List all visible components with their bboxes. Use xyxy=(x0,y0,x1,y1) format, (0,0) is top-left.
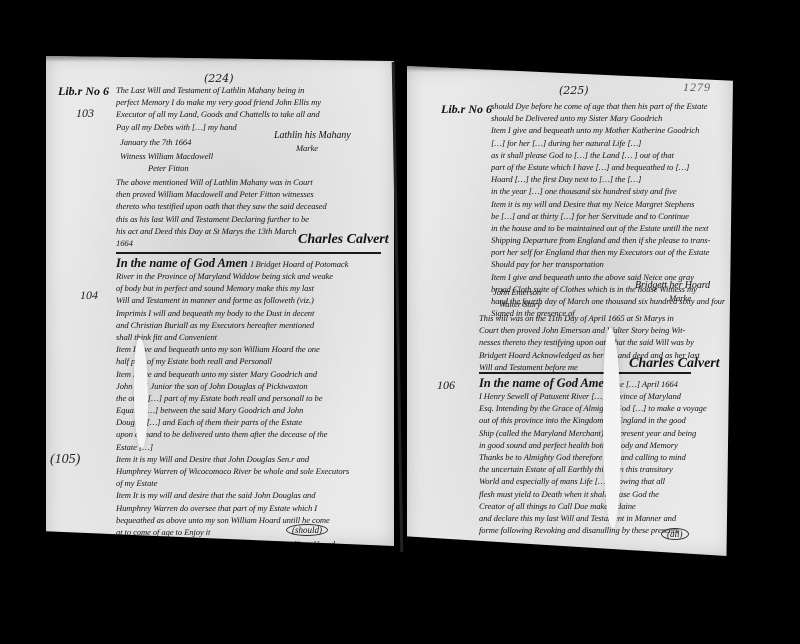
will-106-body: In the name of God Amen the […] April 16… xyxy=(479,376,707,536)
text-line: should Dye before he come of age that th… xyxy=(491,100,725,112)
page-top-edge xyxy=(407,66,733,72)
text-line: Ship (called the Maryland Merchant) this… xyxy=(479,427,707,439)
will-104-witnesses: John Emerson Walter Story xyxy=(493,286,541,310)
text-line: 1664 xyxy=(116,237,327,249)
text-line: Item I give and bequeath unto my Mother … xyxy=(491,124,725,136)
page-top-edge xyxy=(46,56,394,62)
left-manuscript-page: (224) Lib.r No 6 103 104 (105) The Last … xyxy=(46,56,394,546)
will-103-body: The Last Will and Testament of Lathlin M… xyxy=(116,84,321,133)
will-104-testator-signature: Bridgett her Hoard xyxy=(635,280,710,292)
text-line: World and especially of mans Life […] kn… xyxy=(479,475,707,487)
will-104-mark: Marke xyxy=(669,292,691,304)
text-line: part of the Estate which I have […] and … xyxy=(491,161,725,173)
text-line: Should pay for her transportation xyxy=(491,258,725,270)
text-line: upon demand to be delivered unto them af… xyxy=(116,428,349,440)
text-line: the uncertain Estate of all Earthly thin… xyxy=(479,463,707,475)
text-line: Hoard […] the first Day next to […] the … xyxy=(491,173,725,185)
text-line: Thanks be to Almighty God therefore […] … xyxy=(479,451,707,463)
liber-heading-right: Lib.r No 6 xyxy=(441,102,492,117)
witness-line: John Emerson xyxy=(493,286,541,298)
stamped-folio-number: 1279 xyxy=(683,80,711,95)
text-line: This will was on the 11th Day of April 1… xyxy=(479,312,700,324)
text-line: John […] Junior the son of John Douglas … xyxy=(116,380,349,392)
text-line: Item it is my Will and Desire that if th… xyxy=(116,538,349,546)
text-line: River in the Province of Maryland Widdow… xyxy=(116,270,349,282)
text-line: out of this province into the Kingdome o… xyxy=(479,414,707,426)
will-104-body: In the name of God Amen I Bridget Hoard … xyxy=(116,256,349,546)
will-103-testator-signature: Lathlin his Mahany xyxy=(274,130,351,142)
margin-number-103: 103 xyxy=(76,106,94,121)
text-line: flesh must yield to Death when it shall … xyxy=(479,488,707,500)
text-line: Douglas […] and Each of them their parts… xyxy=(116,416,349,428)
margin-number-106: 106 xyxy=(437,378,455,393)
text-line: this as his last Will and Testament Decl… xyxy=(116,213,327,225)
probate-103-body: The above mentioned Will of Lathlin Maha… xyxy=(116,176,327,249)
margin-number-105: (105) xyxy=(50,452,80,468)
text-line: should be Delivered unto my Sister Mary … xyxy=(491,112,725,124)
margin-number-104: 104 xyxy=(80,288,98,303)
text-line: Item I give and bequeath unto my sister … xyxy=(116,368,349,380)
text-line: port her self for England that then my E… xyxy=(491,246,725,258)
text-line: and declare this my last Will and Testam… xyxy=(479,512,707,524)
text-line: as it shall please God to […] the Land [… xyxy=(491,149,725,161)
text-line: Item it is my Will and Desire that John … xyxy=(116,453,349,465)
text-line: his act and Deed this Day at St Marys th… xyxy=(116,225,327,237)
probate-104-signature: Charles Calvert xyxy=(629,356,720,372)
will-103-date: January the 7th 1664 xyxy=(120,136,191,148)
text-line: Court then proved John Emerson and Walte… xyxy=(479,324,700,336)
text-line: Item it is my will and Desire that my Ne… xyxy=(491,198,725,210)
text-line: be […] and at thirty […] for her Servitu… xyxy=(491,210,725,222)
entry-divider-rule xyxy=(116,252,381,254)
text-line: […] for her […] during her natural Life … xyxy=(491,137,725,149)
text-line: Equally […] between the said Mary Goodri… xyxy=(116,404,349,416)
will-106-heading: In the name of God Amen the […] April 16… xyxy=(479,376,707,390)
catchword-left: (should) xyxy=(286,524,328,536)
text-line: Creator of all things to Call Doe make o… xyxy=(479,500,707,512)
will-103-witnesses: Witness William Macdowell Peter Fitton xyxy=(120,150,213,174)
text-line: Humphrey Warren of Wicocomoco River be w… xyxy=(116,465,349,477)
text-line: Item It is my will and desire that the s… xyxy=(116,489,349,501)
probate-103-signature: Charles Calvert xyxy=(298,232,389,248)
text-line: Shipping Departure from England and then… xyxy=(491,234,725,246)
page-number-right: (225) xyxy=(559,84,589,97)
text-line: of my Estate xyxy=(116,477,349,489)
witness-line: Peter Fitton xyxy=(120,162,213,174)
will-103-mark: Marke xyxy=(296,142,318,154)
right-manuscript-page: (225) 1279 Lib.r No 6 106 should Dye bef… xyxy=(407,66,733,556)
text-line: perfect Memory I do make my very good fr… xyxy=(116,96,321,108)
text-line: Executor of all my Land, Goods and Chatt… xyxy=(116,108,321,120)
text-line: Humphrey Warren do oversee that part of … xyxy=(116,502,349,514)
liber-heading-left: Lib.r No 6 xyxy=(58,84,109,99)
text-line: then proved William Macdowell and Peter … xyxy=(116,188,327,200)
scan-stage: (224) Lib.r No 6 103 104 (105) The Last … xyxy=(0,0,800,644)
witness-line: Walter Story xyxy=(493,298,541,310)
text-line: I Henry Sewell of Patuxent River […] Pro… xyxy=(479,390,707,402)
text-line: thereto who testified upon oath that the… xyxy=(116,200,327,212)
text-line: in the year […] one thousand six hundred… xyxy=(491,185,725,197)
text-line: in the house and to be maintained out of… xyxy=(491,222,725,234)
text-line: the other […] part of my Estate both rea… xyxy=(116,392,349,404)
entry-divider-rule xyxy=(479,372,691,374)
text-line: The above mentioned Will of Lathlin Maha… xyxy=(116,176,327,188)
witness-line: Witness William Macdowell xyxy=(120,150,213,162)
text-line: in good sound and perfect health both in… xyxy=(479,439,707,451)
text-line: Imprimis I will and bequeath my body to … xyxy=(116,307,349,319)
text-line: Estate […] xyxy=(116,441,349,453)
text-line: and Christian Buriall as my Executors he… xyxy=(116,319,349,331)
text-line: of body but in perfect and sound Memory … xyxy=(116,282,349,294)
text-line: nesses thereto they testifying upon oath… xyxy=(479,336,700,348)
text-line: Esq. Intending by the Grace of Almighty … xyxy=(479,402,707,414)
text-line: Item I give and bequeath unto my son Wil… xyxy=(116,343,349,355)
text-line: half part of my Estate both reall and Pe… xyxy=(116,355,349,367)
text-line: Will and Testament in manner and forme a… xyxy=(116,294,349,306)
text-line: shall think fitt and Convenient xyxy=(116,331,349,343)
will-104-heading: In the name of God Amen I Bridget Hoard … xyxy=(116,256,349,270)
catchword-right: (all) xyxy=(661,528,689,540)
text-line: The Last Will and Testament of Lathlin M… xyxy=(116,84,321,96)
